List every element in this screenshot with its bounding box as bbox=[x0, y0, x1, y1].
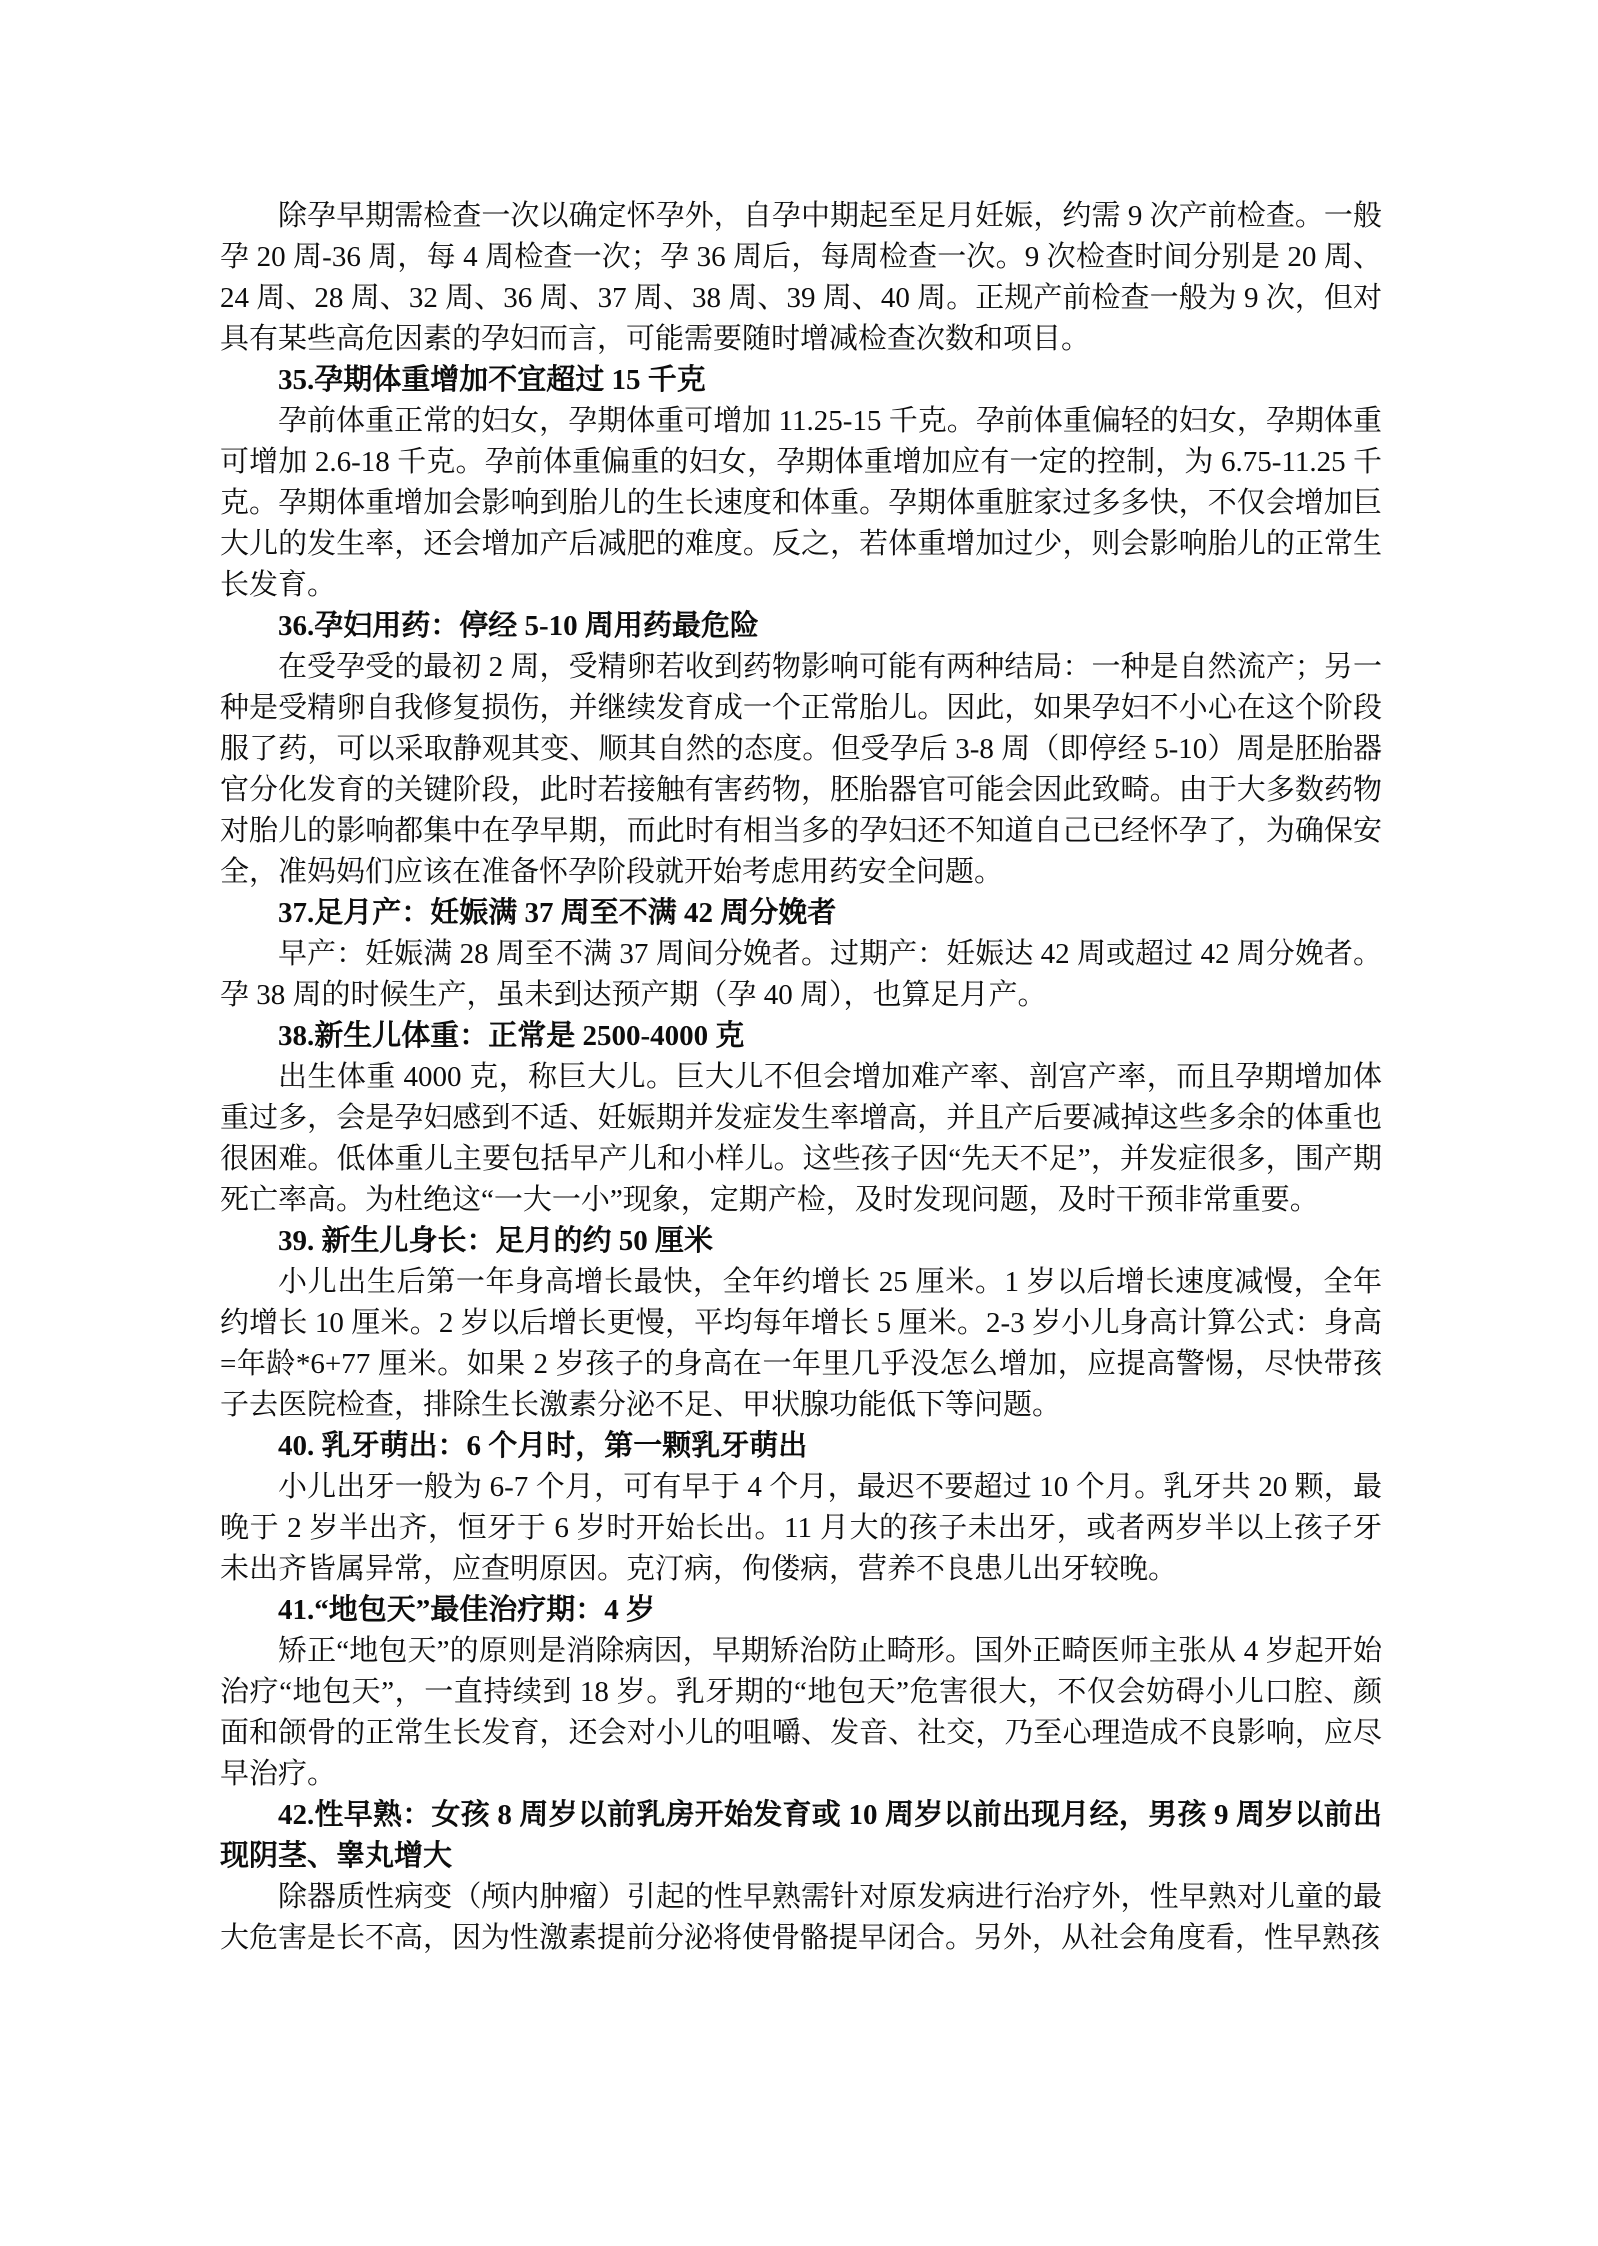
section-heading: 37.足月产：妊娠满 37 周至不满 42 周分娩者 bbox=[220, 893, 1382, 934]
section-heading: 38.新生儿体重：正常是 2500-4000 克 bbox=[220, 1016, 1382, 1057]
section-paragraph: 小儿出牙一般为 6-7 个月，可有早于 4 个月，最迟不要超过 10 个月。乳牙… bbox=[220, 1467, 1382, 1590]
section-heading: 41.“地包天”最佳治疗期：4 岁 bbox=[220, 1590, 1382, 1631]
document-text-block: 除孕早期需检查一次以确定怀孕外，自孕中期起至足月妊娠，约需 9 次产前检查。一般… bbox=[220, 196, 1382, 1959]
section-paragraph: 在受孕受的最初 2 周，受精卵若收到药物影响可能有两种结局：一种是自然流产；另一… bbox=[220, 647, 1382, 893]
section-paragraph: 孕前体重正常的妇女，孕期体重可增加 11.25-15 千克。孕前体重偏轻的妇女，… bbox=[220, 401, 1382, 606]
section-paragraph: 早产：妊娠满 28 周至不满 37 周间分娩者。过期产：妊娠达 42 周或超过 … bbox=[220, 934, 1382, 1016]
section-heading: 42.性早熟：女孩 8 周岁以前乳房开始发育或 10 周岁以前出现月经，男孩 9… bbox=[220, 1795, 1382, 1877]
section-paragraph: 矫正“地包天”的原则是消除病因，早期矫治防止畸形。国外正畸医师主张从 4 岁起开… bbox=[220, 1631, 1382, 1795]
intro-paragraph: 除孕早期需检查一次以确定怀孕外，自孕中期起至足月妊娠，约需 9 次产前检查。一般… bbox=[220, 196, 1382, 360]
section-heading: 35.孕期体重增加不宜超过 15 千克 bbox=[220, 360, 1382, 401]
section-heading: 39. 新生儿身长：足月的约 50 厘米 bbox=[220, 1221, 1382, 1262]
document-page: 除孕早期需检查一次以确定怀孕外，自孕中期起至足月妊娠，约需 9 次产前检查。一般… bbox=[0, 0, 1598, 2246]
section-paragraph: 小儿出生后第一年身高增长最快，全年约增长 25 厘米。1 岁以后增长速度减慢，全… bbox=[220, 1262, 1382, 1426]
section-paragraph: 除器质性病变（颅内肿瘤）引起的性早熟需针对原发病进行治疗外，性早熟对儿童的最大危… bbox=[220, 1877, 1382, 1959]
section-heading: 36.孕妇用药：停经 5-10 周用药最危险 bbox=[220, 606, 1382, 647]
section-heading: 40. 乳牙萌出：6 个月时，第一颗乳牙萌出 bbox=[220, 1426, 1382, 1467]
sections-container: 35.孕期体重增加不宜超过 15 千克孕前体重正常的妇女，孕期体重可增加 11.… bbox=[220, 360, 1382, 1959]
section-paragraph: 出生体重 4000 克，称巨大儿。巨大儿不但会增加难产率、剖宫产率，而且孕期增加… bbox=[220, 1057, 1382, 1221]
